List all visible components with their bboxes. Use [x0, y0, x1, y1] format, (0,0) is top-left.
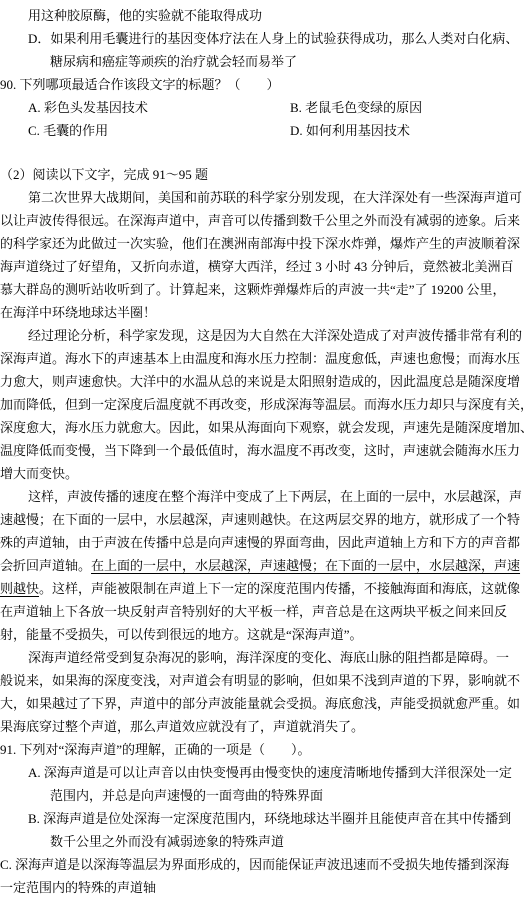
passage-p1-line: 海声道绕过了好望角，又折向赤道，横穿大西洋，经过 3 小时 43 分钟后，竟然被… — [0, 255, 527, 278]
passage-p2-line: 深海声道。海水下的声速基本上由温度和海水压力控制：温度愈低，声速也愈慢；而海水压 — [0, 347, 527, 370]
q91-option-b-line1: B. 深海声道是位处深海一定深度范围内，环绕地球达半圈并且能使声音在其中传播到 — [0, 807, 527, 830]
q89-option-d-line2: 糖尿病和癌症等顽疾的治疗就会轻而易举了 — [0, 50, 527, 73]
q91-option-c-line1: C. 深海声道是以深海等温层为界面形成的，因而能保证声波迅速而不受损失地传播到深… — [0, 853, 527, 876]
q91-option-a-line1: A. 深海声道是可以让声音以由快变慢再由慢变快的速度清晰地传播到大洋很深处一定 — [0, 761, 527, 784]
q90-option-d: D. 如何利用基因技术 — [290, 119, 410, 142]
passage-p2-line: 加而降低，但到一定深度后温度就不再改变，形成深海等温层。而海水压力却只与深度有关… — [0, 393, 527, 416]
passage-p3-line: 这样，声波传播的速度在整个海洋中变成了上下两层，在上面的一层中，水层越深，声 — [0, 485, 527, 508]
passage-p1-line: 的科学家还为此做过一次实验，他们在澳洲南部海中投下深水炸弹，爆炸产生的声波顺着深 — [0, 232, 527, 255]
passage-p2-line: 深度愈大，海水压力就愈大。因此，如果从海面向下观察，就会发现，声速先是随深度增加… — [0, 416, 527, 439]
passage-p2-line: 经过理论分析，科学家发现，这是因为大自然在大洋深处造成了对声波传播非常有利的 — [0, 324, 527, 347]
question-90-options-row-1: A. 彩色头发基因技术 B. 老鼠毛色变绿的原因 — [0, 96, 527, 119]
passage-p4-line: 果海底穿过整个声道，那么声道效应就没有了，声道就消失了。 — [0, 715, 527, 738]
reading-section-heading: （2）阅读以下文字，完成 91～95 题 — [0, 163, 527, 186]
passage-p3-line: 在声道轴上下各放一块反射声音特别好的大平板一样，声音总是在这两块平板之间来回反 — [0, 600, 527, 623]
passage-p3-line-with-underline: 会折回声道轴。在上面的一层中，水层越深，声速越慢；在下面的一层中，水层越深，声速 — [0, 554, 527, 577]
passage-p4-line: 大，如果越过了下界，声道中的部分声波能量就会受损。海底愈浅，声能受损就愈严重。如 — [0, 692, 527, 715]
question-90-stem: 90. 下列哪项最适合作该段文字的标题？（ ） — [0, 73, 527, 96]
q89-option-c-continuation: 用这种胶原酶，他的实验就不能取得成功 — [0, 4, 527, 27]
section-gap — [0, 142, 527, 163]
q91-option-a-line2: 范围内，并总是向声速慢的一面弯曲的特殊界面 — [0, 784, 527, 807]
passage-p2-line: 力愈大，则声速愈快。大洋中的水温从总的来说是太阳照射造成的，因此温度总是随深度增 — [0, 370, 527, 393]
passage-p3-line: 射，能量不受损失，可以传到很远的地方。这就是“深海声道”。 — [0, 623, 527, 646]
passage-p1-line: 在海洋中环绕地球达半圈！ — [0, 301, 527, 324]
passage-p3-line: 速越慢；在下面的一层中，水层越深，声速则越快。在这两层交界的地方，就形成了一个特 — [0, 508, 527, 531]
passage-p2-line: 增大而变快。 — [0, 462, 527, 485]
passage-p1-line: 以让声波传得很远。在深海声道中，声音可以传播到数千公里之外而没有减弱的迹象。后来 — [0, 209, 527, 232]
passage-text-segment: 会折回声道轴。 — [0, 558, 91, 573]
passage-p4-line: 般说来，如果海的深度变浅，对声道会有明显的影响，但如果不浅到声道的下界，影响就不 — [0, 669, 527, 692]
exam-document-page: 用这种胶原酶，他的实验就不能取得成功 D．如果利用毛囊进行的基因变体疗法在人身上… — [0, 0, 527, 900]
passage-p3-line: 殊的声道轴，由于声波在传播中总是向声速慢的界面弯曲，因此声道轴上方和下方的声音都 — [0, 531, 527, 554]
q90-option-b: B. 老鼠毛色变绿的原因 — [290, 96, 422, 119]
passage-underlined-segment: 则越快 — [0, 581, 39, 596]
question-90-options-row-2: C. 毛囊的作用 D. 如何利用基因技术 — [0, 119, 527, 142]
passage-p1-line: 慕大群岛的测听站收听到了。计算起来，这颗炸弹爆炸后的声波一共“走”了 19200… — [0, 278, 527, 301]
passage-text-segment: 。这样，声能被限制在声道上下一定的深度范围内传播，不接触海面和海底，这就像 — [39, 581, 520, 596]
q90-option-a: A. 彩色头发基因技术 — [28, 96, 148, 119]
q90-option-c: C. 毛囊的作用 — [28, 119, 108, 142]
passage-underlined-segment: 在上面的一层中，水层越深，声速越慢；在下面的一层中，水层越深，声速 — [91, 558, 520, 573]
passage-p2-line: 温度降低而变慢，当下降到一个最低值时，海水温度不再改变，这时，声速就会随海水压力 — [0, 439, 527, 462]
passage-p4-line: 深海声道经常受到复杂海况的影响，海洋深度的变化、海底山脉的阻挡都是障碍。一 — [0, 646, 527, 669]
passage-p3-line-with-underline: 则越快。这样，声能被限制在声道上下一定的深度范围内传播，不接触海面和海底，这就像 — [0, 577, 527, 600]
q89-option-d-line1: D．如果利用毛囊进行的基因变体疗法在人身上的试验获得成功，那么人类对白化病、 — [0, 27, 527, 50]
passage-p1-line: 第二次世界大战期间，美国和前苏联的科学家分别发现，在大洋深处有一些深海声道可 — [0, 186, 527, 209]
q91-option-c-line2: 一定范围内的特殊的声道轴 — [0, 876, 527, 899]
question-91-stem: 91. 下列对“深海声道”的理解，正确的一项是（ ）。 — [0, 738, 527, 761]
q91-option-b-line2: 数千公里之外而没有减弱迹象的特殊声道 — [0, 830, 527, 853]
